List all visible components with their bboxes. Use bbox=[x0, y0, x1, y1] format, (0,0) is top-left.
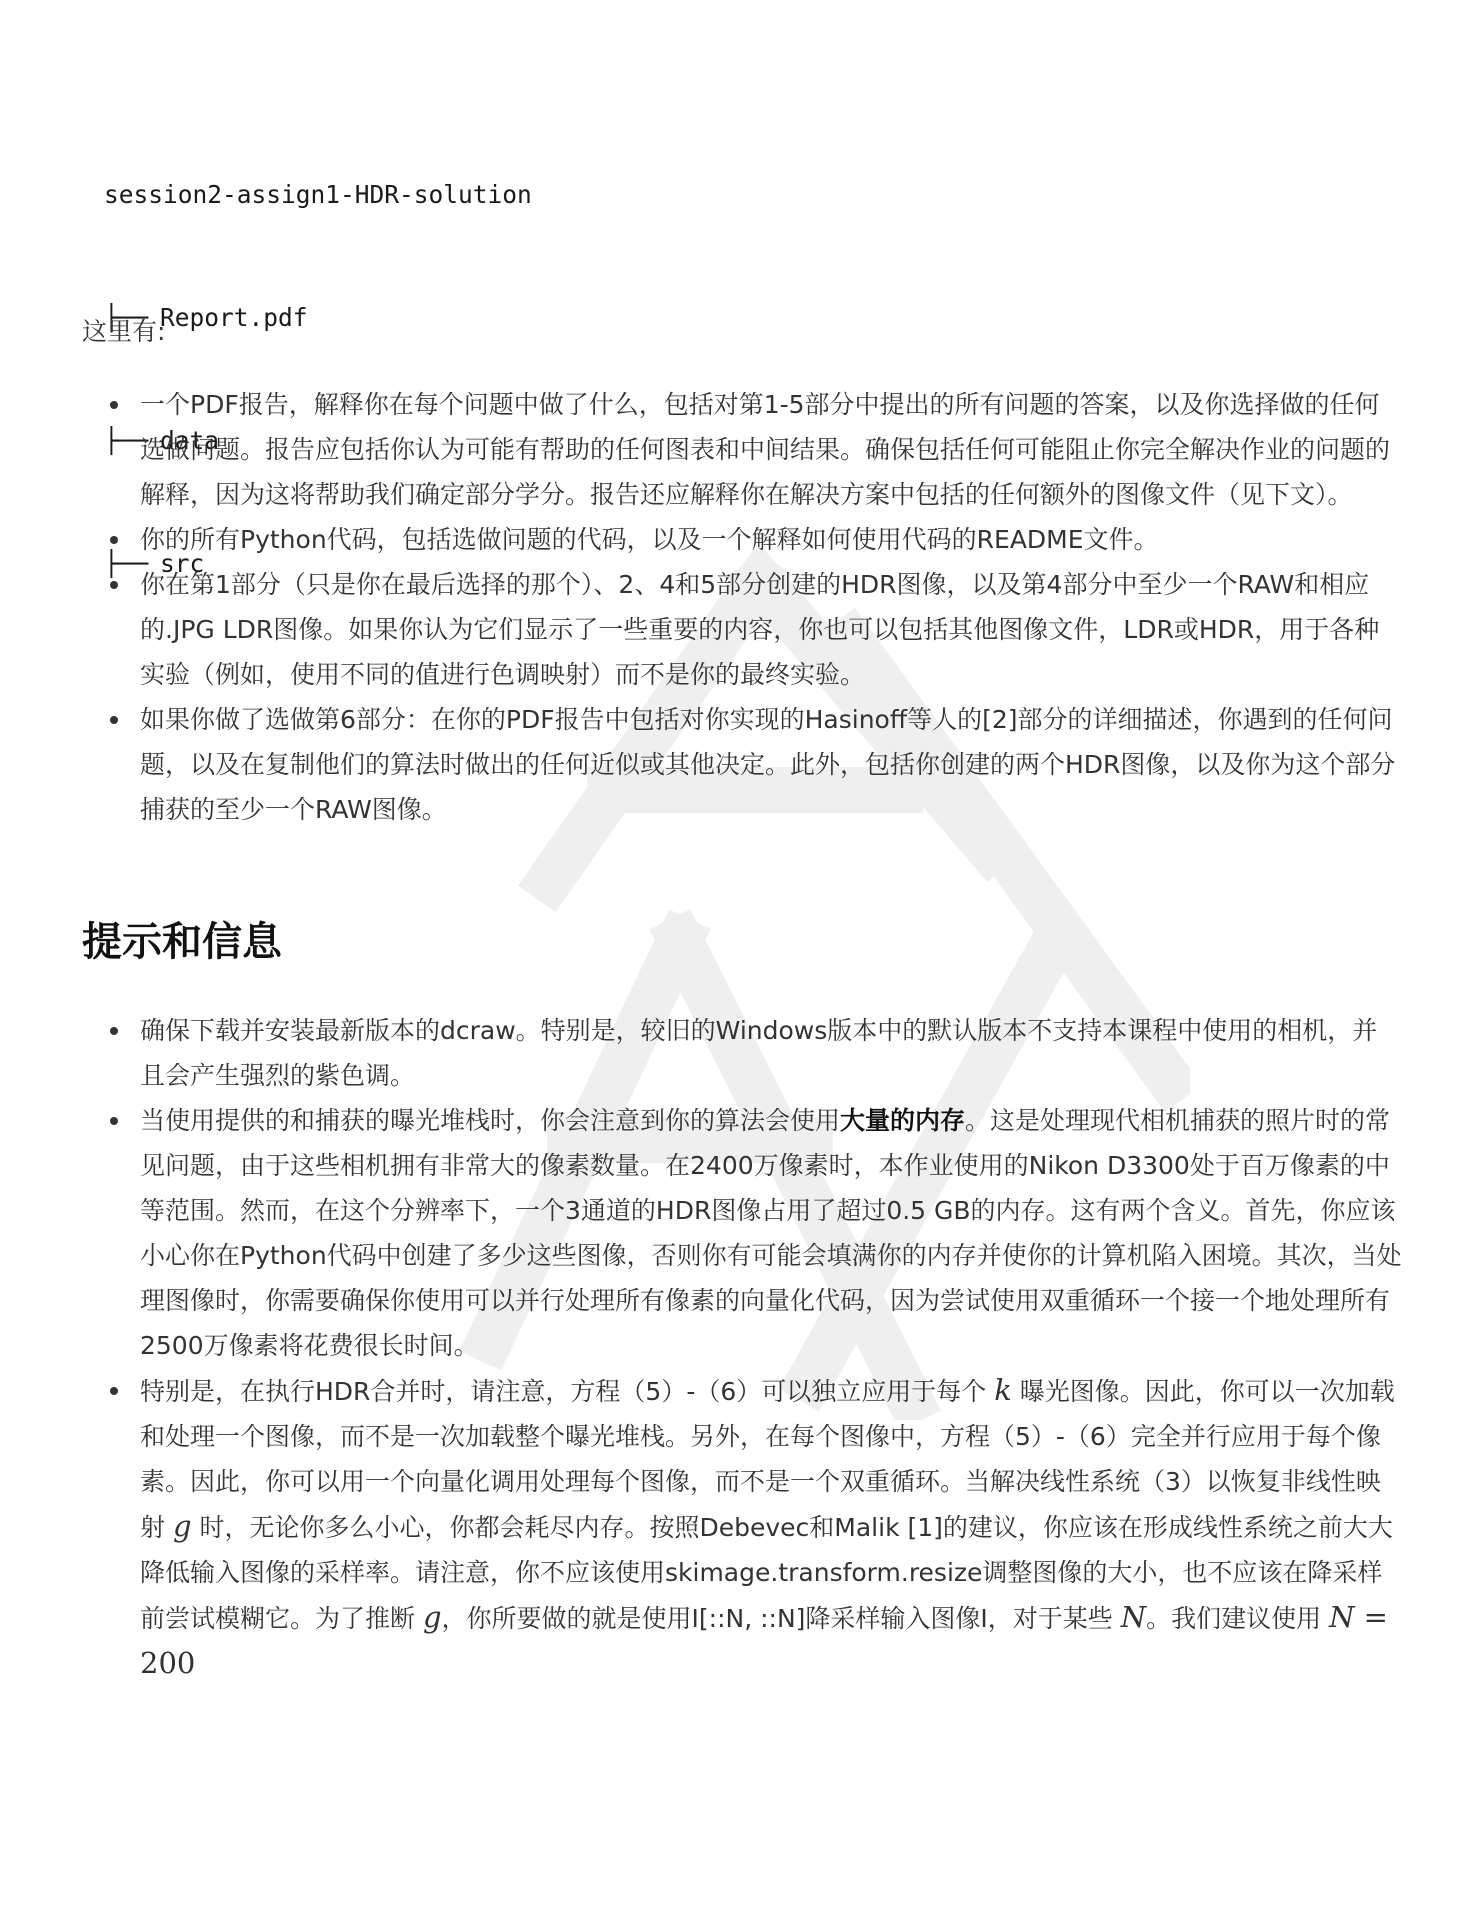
list-item: 特别是，在执行HDR合并时，请注意，方程（5）-（6）可以独立应用于每个 k 曝… bbox=[82, 1368, 1402, 1687]
math-variable: g bbox=[423, 1600, 442, 1634]
math-variable: N bbox=[1121, 1600, 1146, 1634]
math-variable: k bbox=[994, 1373, 1012, 1407]
deliverables-list: 一个PDF报告，解释你在每个问题中做了什么，包括对第1-5部分中提出的所有问题的… bbox=[82, 382, 1402, 832]
list-item: 一个PDF报告，解释你在每个问题中做了什么，包括对第1-5部分中提出的所有问题的… bbox=[82, 382, 1402, 517]
math-variable: g bbox=[173, 1509, 192, 1543]
tip-text: 特别是，在执行HDR合并时，请注意，方程（5）-（6）可以独立应用于每个 bbox=[140, 1377, 994, 1406]
tip-text: 当使用提供的和捕获的曝光堆栈时，你会注意到你的算法会使用 bbox=[140, 1106, 840, 1135]
tip-text: ，你所要做的就是使用I[::N, ::N]降采样输入图像I，对于某些 bbox=[442, 1604, 1121, 1633]
emphasis-text: 大量的内存 bbox=[840, 1106, 965, 1135]
intro-text: 这里有: bbox=[82, 312, 165, 348]
tree-item-label: Report.pdf bbox=[160, 297, 308, 338]
math-variable: N bbox=[1329, 1600, 1354, 1634]
list-item: 你在第1部分（只是你在最后选择的那个）、2、4和5部分创建的HDR图像，以及第4… bbox=[82, 562, 1402, 697]
list-item: 如果你做了选做第6部分：在你的PDF报告中包括对你实现的Hasinoff等人的[… bbox=[82, 697, 1402, 832]
tree-root: session2-assign1-HDR-solution bbox=[104, 174, 532, 215]
section-heading: 提示和信息 bbox=[82, 910, 282, 967]
list-item: 当使用提供的和捕获的曝光堆栈时，你会注意到你的算法会使用大量的内存。这是处理现代… bbox=[82, 1098, 1402, 1368]
tree-item: ├── Report.pdf bbox=[104, 297, 532, 338]
list-item: 你的所有Python代码，包括选做问题的代码，以及一个解释如何使用代码的READ… bbox=[82, 517, 1402, 562]
list-item: 确保下载并安装最新版本的dcraw。特别是，较旧的Windows版本中的默认版本… bbox=[82, 1008, 1402, 1098]
tip-text: 。这是处理现代相机捕获的照片时的常见问题，由于这些相机拥有非常大的像素数量。在2… bbox=[140, 1106, 1402, 1360]
tips-list: 确保下载并安装最新版本的dcraw。特别是，较旧的Windows版本中的默认版本… bbox=[82, 1008, 1402, 1687]
tip-text: 。我们建议使用 bbox=[1146, 1604, 1329, 1633]
